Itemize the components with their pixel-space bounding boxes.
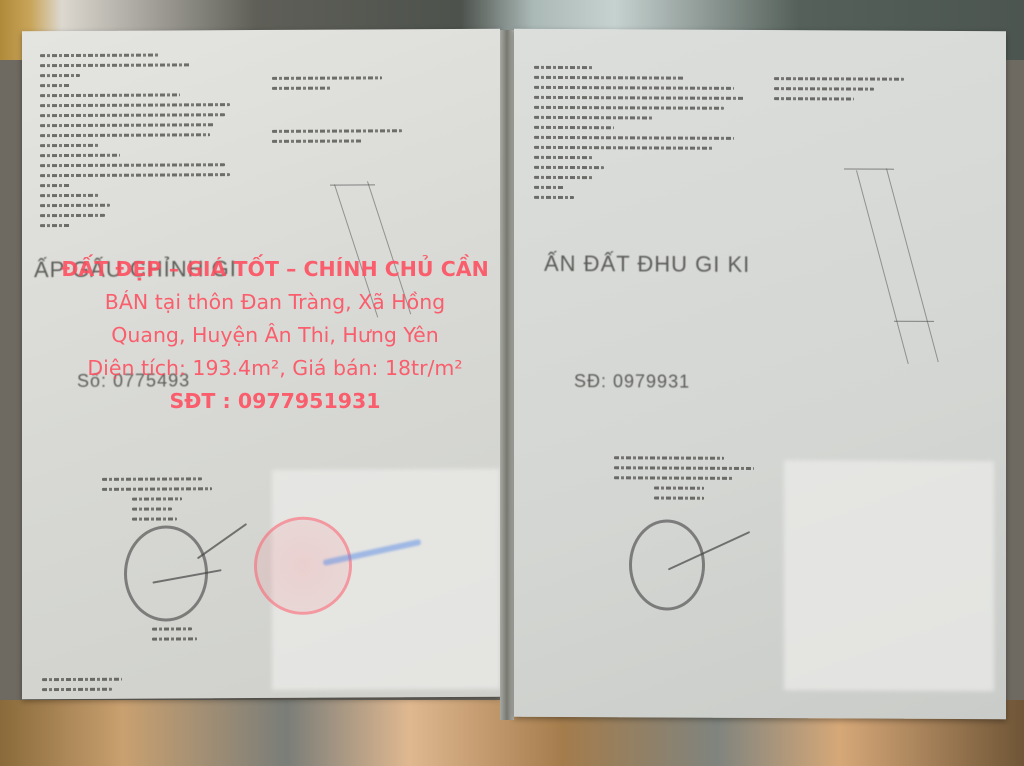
plot-boundary-line [894,321,934,322]
plot-boundary-line [886,168,939,362]
certificate-right-page: ẤN ĐẤT ĐHU GI KI SĐ: 0979931 [514,29,1006,720]
left-page-right-text [272,69,472,150]
sale-advertisement-overlay: ĐẤT ĐẸP – GIÁ TỐT – CHÍNH CHỦ CẦN BÁN tạ… [40,253,510,418]
signer-name [152,620,232,647]
right-number-ghost: SĐ: 0979931 [574,371,690,393]
plot-boundary-line [844,168,894,169]
red-seal [254,517,352,616]
overlay-headline: ĐẤT ĐẸP – GIÁ TỐT – CHÍNH CHỦ CẦN [40,253,510,286]
redacted-panel [784,460,994,691]
issuer-text-block [614,449,764,507]
official-stamp [629,519,705,610]
right-heading-ghost: ẤN ĐẤT ĐHU GI KI [544,251,750,278]
plot-boundary-line [856,170,909,364]
right-page-right-text [774,70,974,108]
overlay-location-line-1: BÁN tại thôn Đan Tràng, Xã Hồng [40,286,510,319]
overlay-area-price: Diện tích: 193.4m², Giá bán: 18tr/m² [40,352,510,385]
issuer-text-block [102,470,222,528]
left-page-text-block [40,46,240,234]
right-page-text-block [534,59,764,207]
overlay-phone: SĐT : 0977951931 [40,385,510,418]
left-footer-text [42,671,162,699]
overlay-location-line-2: Quang, Huyện Ân Thi, Hưng Yên [40,319,510,352]
signature [197,523,247,559]
